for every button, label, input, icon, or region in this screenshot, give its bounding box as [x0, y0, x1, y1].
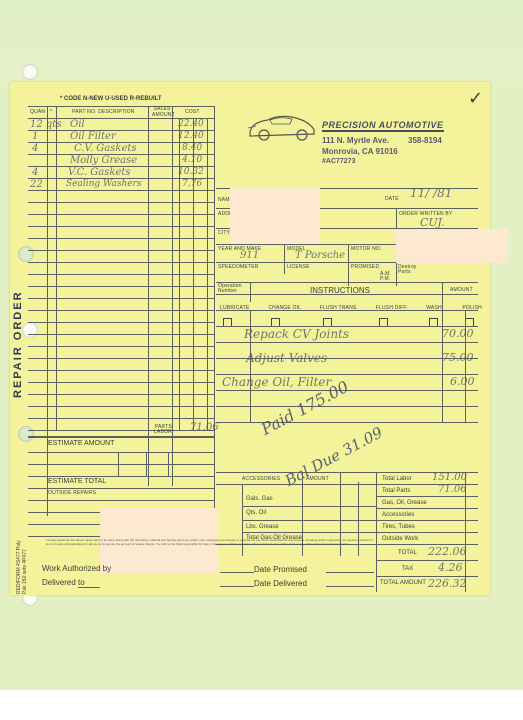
totals-label: TOTAL [398, 550, 417, 556]
am-pm-label: A.M. P.M. [380, 272, 394, 282]
delivered-to-label: Delivered to [42, 578, 85, 587]
estimate-amount-label: ESTIMATE AMOUNT [48, 440, 114, 447]
year-make-value: 911 [240, 250, 259, 261]
part-cost: 4.10 [182, 155, 202, 165]
part-cost: 22.40 [178, 119, 204, 129]
part-description: Sealing Washers [66, 179, 142, 189]
part-cost: 10.32 [178, 167, 204, 177]
code-legend: * CODE N-NEW U-USED R-REBUILT [60, 96, 162, 102]
date-label: DATE [385, 196, 399, 202]
redacted-customer-info [230, 188, 320, 244]
totals-label: TOTAL AMOUNT [380, 580, 426, 586]
part-description: V.C. Gaskets [68, 167, 131, 178]
accessories-row: Qts. Oil [246, 510, 266, 516]
operation-number-label: Operation Number [218, 284, 246, 294]
motor-no-label: MOTOR NO. [351, 246, 382, 252]
binder-hole [18, 426, 34, 442]
shop-license: #AC77273 [322, 158, 355, 165]
accessories-header: ACCESSORIES [242, 476, 280, 482]
date-promised-label: Date Promised [254, 565, 307, 574]
redacted-vehicle-info [396, 229, 508, 263]
shop-phone: 358-8194 [408, 136, 442, 145]
speedometer-label: SPEEDOMETER [218, 264, 259, 270]
city-label: CITY [218, 230, 230, 236]
part-cost: 8.40 [182, 143, 202, 153]
promised-label: PROMISED [351, 264, 379, 270]
accessories-row: Lbs. Grease [246, 524, 279, 530]
printer-mark: REDIFORM 4S477 Poly Pak 150 sets 4P477 [16, 534, 28, 594]
part-description: C.V. Gaskets [74, 143, 137, 154]
instruction-amount: 75.00 [442, 351, 474, 364]
description-header: PART NO. DESCRIPTION [72, 109, 135, 115]
totals-label: Gas, Oil, Grease [382, 500, 427, 506]
binder-hole [22, 322, 38, 338]
part-quan: 4 [32, 167, 38, 178]
totals-value: 151.00 [432, 472, 467, 483]
totals-label: Tires, Tubes [382, 524, 415, 530]
instruction-amount: 70.00 [442, 327, 474, 340]
part-quan: 22 [30, 179, 43, 190]
quan-header: QUAN [30, 109, 45, 115]
shop-address: 111 N. Myrtle Ave. [322, 136, 389, 145]
destroy-parts-label: Destroy Parts [398, 265, 422, 275]
cost-header: COST [185, 109, 200, 115]
shop-name: PRECISION AUTOMOTIVE [322, 120, 444, 132]
code-header: * [50, 109, 52, 115]
repair-order-form: REPAIR ORDER * CODE N-NEW U-USED R-REBUI… [10, 82, 490, 595]
totals-label: Total Labor [382, 476, 412, 482]
document-title: REPAIR ORDER [12, 290, 24, 398]
totals-label: TAX [402, 566, 413, 572]
part-description: Oil [70, 119, 85, 130]
part-cost: 7.76 [182, 179, 202, 189]
balance-due-annotation: Bal Due 31.09 [282, 423, 386, 490]
scan-top-margin [0, 0, 523, 82]
license-label: LICENSE [287, 264, 310, 270]
totals-value: 226.32 [428, 577, 467, 590]
date-delivered-label: Date Delivered [254, 579, 307, 588]
part-cost: 12.40 [178, 131, 204, 141]
part-description: Molly Grease [70, 155, 137, 166]
totals-label: Total Parts [382, 488, 410, 494]
work-authorized-label: Work Authorized by [42, 564, 111, 573]
totals-label: Accessories [382, 512, 414, 518]
authorization-text: I hereby authorize the above repair work… [46, 538, 376, 546]
shop-city: Monrovia, CA 91016 [322, 147, 398, 156]
accessories-row: Gals. Gas [246, 496, 273, 502]
part-quan: 1 [32, 131, 38, 142]
outside-repairs-label: OUTSIDE REPAIRS [48, 490, 96, 496]
totals-value: 222.06 [428, 545, 467, 558]
amount-header: AMOUNT [450, 287, 473, 293]
part-description: Oil Filter [70, 131, 116, 142]
instruction-text: Adjust Valves [246, 351, 327, 365]
totals-label: Outside Work [382, 536, 418, 542]
totals-value: 71.06 [438, 484, 467, 495]
estimate-total-label: ESTIMATE TOTAL [48, 478, 106, 485]
porsche-car-logo-icon [246, 110, 318, 144]
date-value: 11/ /81 [410, 186, 452, 200]
part-quan: 12 qts [30, 119, 61, 130]
model-value: T Porsche [295, 250, 345, 261]
instruction-text: Repack CV Joints [244, 327, 349, 341]
instruction-amount: 6.00 [450, 375, 475, 388]
sales-amount-header: SALES AMOUNT [152, 106, 172, 118]
instruction-text: Change Oil, Filter [222, 375, 331, 389]
checkmark-icon: ✓ [468, 88, 483, 109]
binder-hole [22, 64, 38, 80]
parts-total-value: 71.06 [190, 422, 219, 433]
binder-hole [18, 246, 34, 262]
totals-value: 4.26 [438, 561, 463, 574]
part-quan: 4 [32, 143, 38, 154]
accessories-amount-header: AMOUNT [306, 476, 329, 482]
parts-labor-label: PARTS LABOR [148, 425, 172, 435]
